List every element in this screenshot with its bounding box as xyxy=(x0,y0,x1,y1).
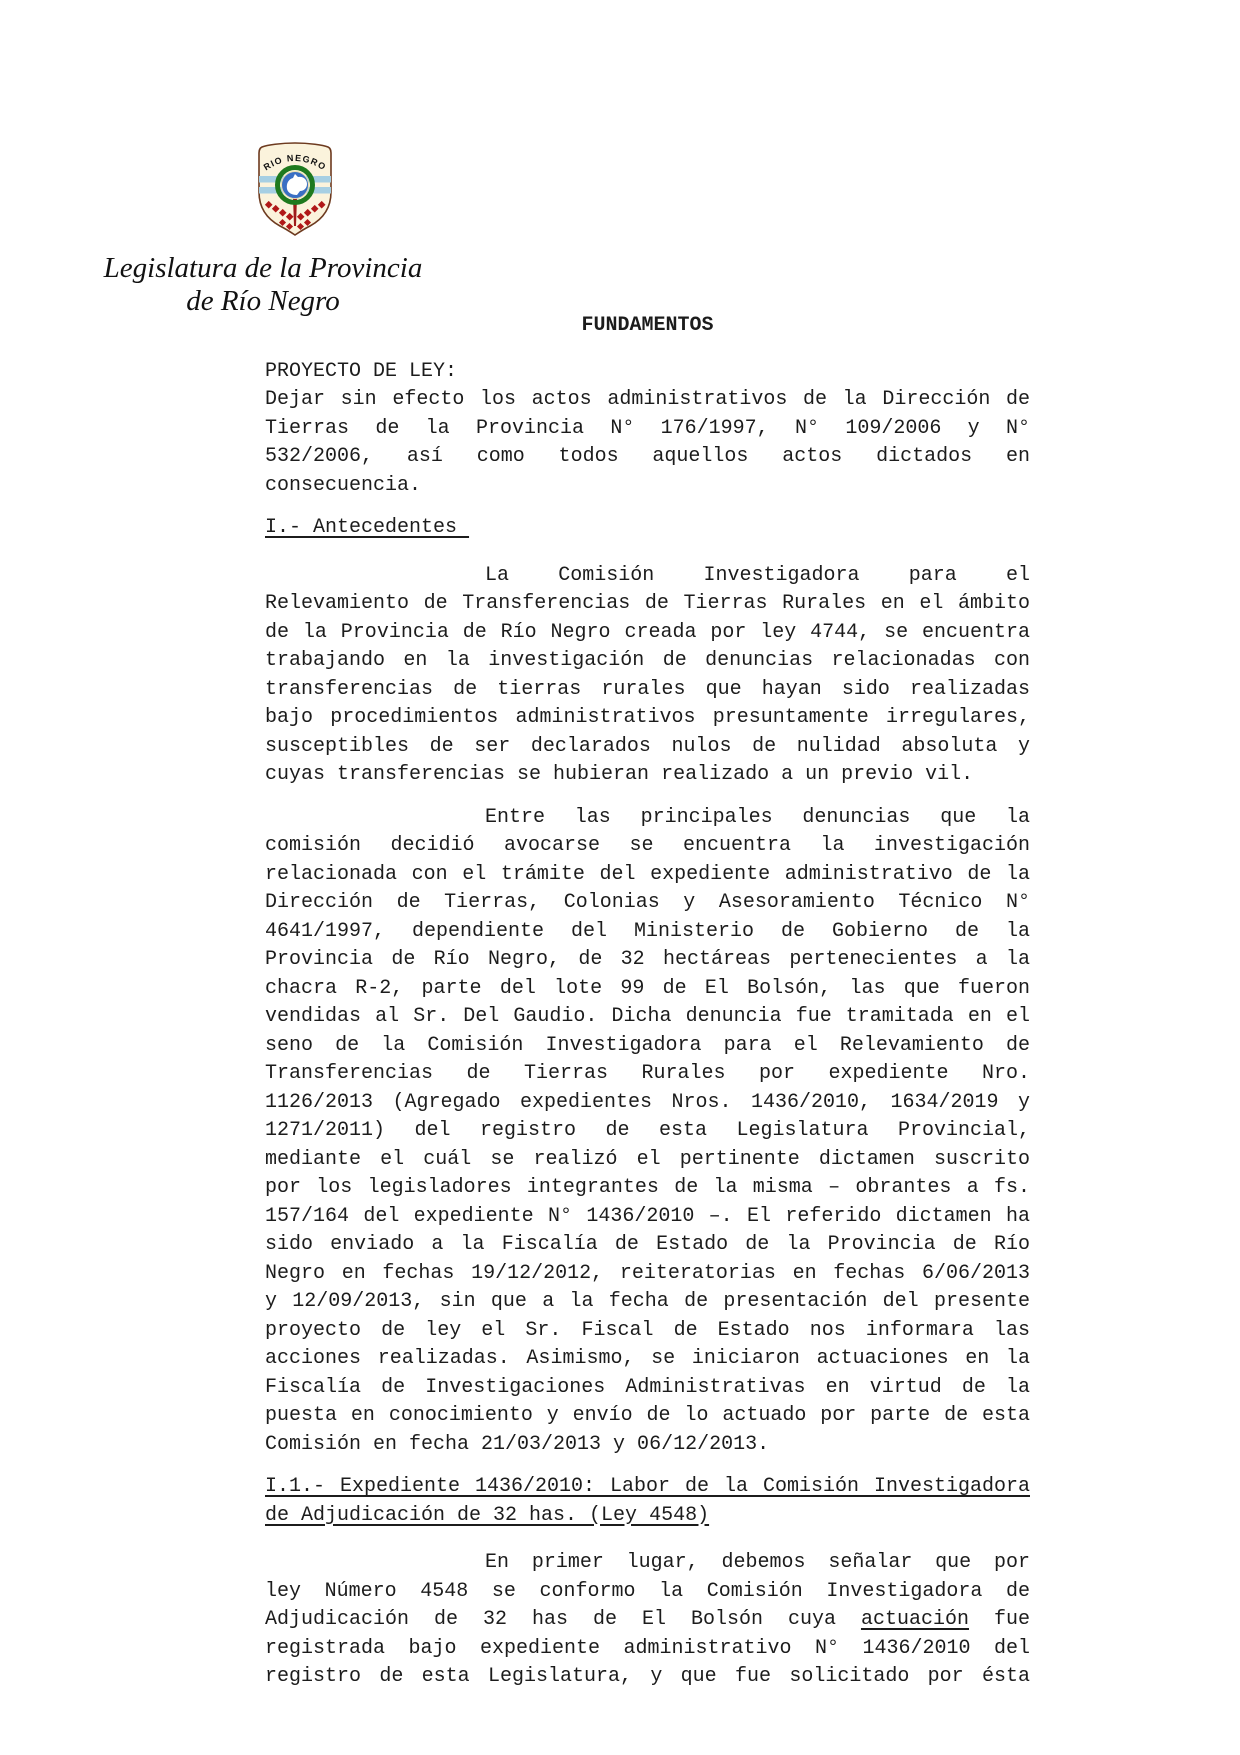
text-segment: Negro en fechas 19/12/2012, reiteratoria… xyxy=(265,1262,1030,1285)
text-segment: puesta en conocimiento y envío de lo act… xyxy=(265,1404,1030,1427)
text-line: ley Número 4548 se conformo la Comisión … xyxy=(265,1578,1030,1607)
organization-name: Legislatura de la Provincia de Río Negro xyxy=(96,252,430,318)
text-segment: cuyas transferencias se hubieran realiza… xyxy=(265,763,973,786)
text-segment: de la Provincia de Río Negro creada por … xyxy=(265,621,1030,644)
text-line: 532/2006, así como todos aquellos actos … xyxy=(265,443,1030,472)
text-line: Adjudicación de 32 has de El Bolsón cuya… xyxy=(265,1606,1030,1635)
text-line: registro de esta Legislatura, y que fue … xyxy=(265,1663,1030,1692)
text-line: acciones realizadas. Asimismo, se inicia… xyxy=(265,1345,1030,1374)
text-line: transferencias de tierras rurales que ha… xyxy=(265,676,1030,705)
document-title: FUNDAMENTOS xyxy=(265,312,1030,341)
text-line: En primer lugar, debemos señalar que por xyxy=(265,1549,1030,1578)
text-line: Comisión en fecha 21/03/2013 y 06/12/201… xyxy=(265,1431,1030,1460)
text-segment: I.1.- Expediente 1436/2010: Labor de la … xyxy=(265,1475,1030,1498)
document-page: RIO NEGRO Legislatura de la Provincia de… xyxy=(0,0,1240,1755)
text-segment: por los legisladores integrantes de la m… xyxy=(265,1176,1030,1199)
text-segment: 1126/2013 (Agregado expedientes Nros. 14… xyxy=(265,1091,1030,1114)
text-line: Relevamiento de Transferencias de Tierra… xyxy=(265,590,1030,619)
text-line: susceptibles de ser declarados nulos de … xyxy=(265,733,1030,762)
organization-name-line1: Legislatura de la Provincia xyxy=(96,252,430,285)
paragraph: Entre las principales denuncias que laco… xyxy=(265,804,1030,1460)
text-line: trabajando en la investigación de denunc… xyxy=(265,647,1030,676)
text-segment: Transferencias de Tierras Rurales por ex… xyxy=(265,1062,1030,1085)
document-body: FUNDAMENTOS PROYECTO DE LEY:Dejar sin ef… xyxy=(265,312,1030,1692)
text-segment: relacionada con el trámite del expedient… xyxy=(265,863,1030,886)
text-segment: comisión decidió avocarse se encuentra l… xyxy=(265,834,1030,857)
text-segment: trabajando en la investigación de denunc… xyxy=(265,649,1030,672)
text-segment: acciones realizadas. Asimismo, se inicia… xyxy=(265,1347,1030,1370)
text-line: Dejar sin efecto los actos administrativ… xyxy=(265,386,1030,415)
text-segment: ley Número 4548 se conformo la Comisión … xyxy=(265,1580,1030,1603)
text-line: relacionada con el trámite del expedient… xyxy=(265,861,1030,890)
underlined-text: actuación xyxy=(861,1608,969,1631)
text-line: 157/164 del expediente N° 1436/2010 –. E… xyxy=(265,1203,1030,1232)
text-line: 4641/1997, dependiente del Ministerio de… xyxy=(265,918,1030,947)
text-line: I.1.- Expediente 1436/2010: Labor de la … xyxy=(265,1473,1030,1502)
text-line: cuyas transferencias se hubieran realiza… xyxy=(265,761,1030,790)
paragraph: La Comisión Investigadora para elRelevam… xyxy=(265,562,1030,790)
text-segment: 532/2006, así como todos aquellos actos … xyxy=(265,445,1030,468)
text-segment: chacra R-2, parte del lote 99 de El Bols… xyxy=(265,977,1030,1000)
text-segment: susceptibles de ser declarados nulos de … xyxy=(265,735,1030,758)
text-segment: Relevamiento de Transferencias de Tierra… xyxy=(265,592,1030,615)
text-line: Provincia de Río Negro, de 32 hectáreas … xyxy=(265,946,1030,975)
text-segment: Dirección de Tierras, Colonias y Asesora… xyxy=(265,891,1030,914)
text-segment: seno de la Comisión Investigadora para e… xyxy=(265,1034,1030,1057)
text-segment: Dejar sin efecto los actos administrativ… xyxy=(265,388,1030,411)
text-segment: PROYECTO DE LEY: xyxy=(265,360,457,383)
text-line: vendidas al Sr. Del Gaudio. Dicha denunc… xyxy=(265,1003,1030,1032)
text-line: Transferencias de Tierras Rurales por ex… xyxy=(265,1060,1030,1089)
text-line: seno de la Comisión Investigadora para e… xyxy=(265,1032,1030,1061)
text-segment: Tierras de la Provincia N° 176/1997, N° … xyxy=(265,417,1030,440)
rio-negro-coat-of-arms-icon: RIO NEGRO xyxy=(253,140,337,237)
text-line: puesta en conocimiento y envío de lo act… xyxy=(265,1402,1030,1431)
paragraph: PROYECTO DE LEY:Dejar sin efecto los act… xyxy=(265,358,1030,501)
section-heading: I.- Antecedentes xyxy=(265,514,1030,543)
text-segment: I.- Antecedentes xyxy=(265,516,469,539)
text-segment: registro de esta Legislatura, y que fue … xyxy=(265,1665,1030,1688)
text-line: mediante el cuál se realizó el pertinent… xyxy=(265,1146,1030,1175)
text-line: de la Provincia de Río Negro creada por … xyxy=(265,619,1030,648)
text-line: consecuencia. xyxy=(265,472,1030,501)
text-line: comisión decidió avocarse se encuentra l… xyxy=(265,832,1030,861)
text-segment: de Adjudicación de 32 has. (Ley 4548) xyxy=(265,1504,709,1527)
text-segment: 1271/2011) del registro de esta Legislat… xyxy=(265,1119,1030,1142)
text-line: de Adjudicación de 32 has. (Ley 4548) xyxy=(265,1502,1030,1531)
text-segment: Adjudicación de 32 has de El Bolsón cuya xyxy=(265,1608,861,1631)
text-line: I.- Antecedentes xyxy=(265,514,1030,543)
text-line: Negro en fechas 19/12/2012, reiteratoria… xyxy=(265,1260,1030,1289)
text-line: La Comisión Investigadora para el xyxy=(265,562,1030,591)
text-segment: Comisión en fecha 21/03/2013 y 06/12/201… xyxy=(265,1433,769,1456)
text-line: 1126/2013 (Agregado expedientes Nros. 14… xyxy=(265,1089,1030,1118)
text-segment: La Comisión Investigadora para el xyxy=(485,564,1030,587)
text-segment: proyecto de ley el Sr. Fiscal de Estado … xyxy=(265,1319,1030,1342)
text-segment: 157/164 del expediente N° 1436/2010 –. E… xyxy=(265,1205,1030,1228)
text-segment: Fiscalía de Investigaciones Administrati… xyxy=(265,1376,1030,1399)
text-segment: registrada bajo expediente administrativ… xyxy=(265,1637,1030,1660)
text-line: y 12/09/2013, sin que a la fecha de pres… xyxy=(265,1288,1030,1317)
text-segment: y 12/09/2013, sin que a la fecha de pres… xyxy=(265,1290,1030,1313)
text-segment: vendidas al Sr. Del Gaudio. Dicha denunc… xyxy=(265,1005,1030,1028)
text-line: PROYECTO DE LEY: xyxy=(265,358,1030,387)
paragraph: En primer lugar, debemos señalar que por… xyxy=(265,1549,1030,1692)
section-heading: I.1.- Expediente 1436/2010: Labor de la … xyxy=(265,1473,1030,1530)
text-segment: mediante el cuál se realizó el pertinent… xyxy=(265,1148,1030,1171)
text-segment: En primer lugar, debemos señalar que por xyxy=(485,1551,1030,1574)
text-line: Tierras de la Provincia N° 176/1997, N° … xyxy=(265,415,1030,444)
text-line: Dirección de Tierras, Colonias y Asesora… xyxy=(265,889,1030,918)
text-line: Fiscalía de Investigaciones Administrati… xyxy=(265,1374,1030,1403)
text-line: registrada bajo expediente administrativ… xyxy=(265,1635,1030,1664)
text-line: sido enviado a la Fiscalía de Estado de … xyxy=(265,1231,1030,1260)
text-line: Entre las principales denuncias que la xyxy=(265,804,1030,833)
text-segment: Provincia de Río Negro, de 32 hectáreas … xyxy=(265,948,1030,971)
text-segment: 4641/1997, dependiente del Ministerio de… xyxy=(265,920,1030,943)
document-blocks: PROYECTO DE LEY:Dejar sin efecto los act… xyxy=(265,358,1030,1692)
text-line: bajo procedimientos administrativos pres… xyxy=(265,704,1030,733)
text-segment: transferencias de tierras rurales que ha… xyxy=(265,678,1030,701)
text-segment: consecuencia. xyxy=(265,474,421,497)
text-line: proyecto de ley el Sr. Fiscal de Estado … xyxy=(265,1317,1030,1346)
text-segment: bajo procedimientos administrativos pres… xyxy=(265,706,1030,729)
text-line: 1271/2011) del registro de esta Legislat… xyxy=(265,1117,1030,1146)
text-segment: sido enviado a la Fiscalía de Estado de … xyxy=(265,1233,1030,1256)
text-segment: Entre las principales denuncias que la xyxy=(485,806,1030,829)
text-line: por los legisladores integrantes de la m… xyxy=(265,1174,1030,1203)
text-segment: fue xyxy=(969,1608,1030,1631)
text-line: chacra R-2, parte del lote 99 de El Bols… xyxy=(265,975,1030,1004)
